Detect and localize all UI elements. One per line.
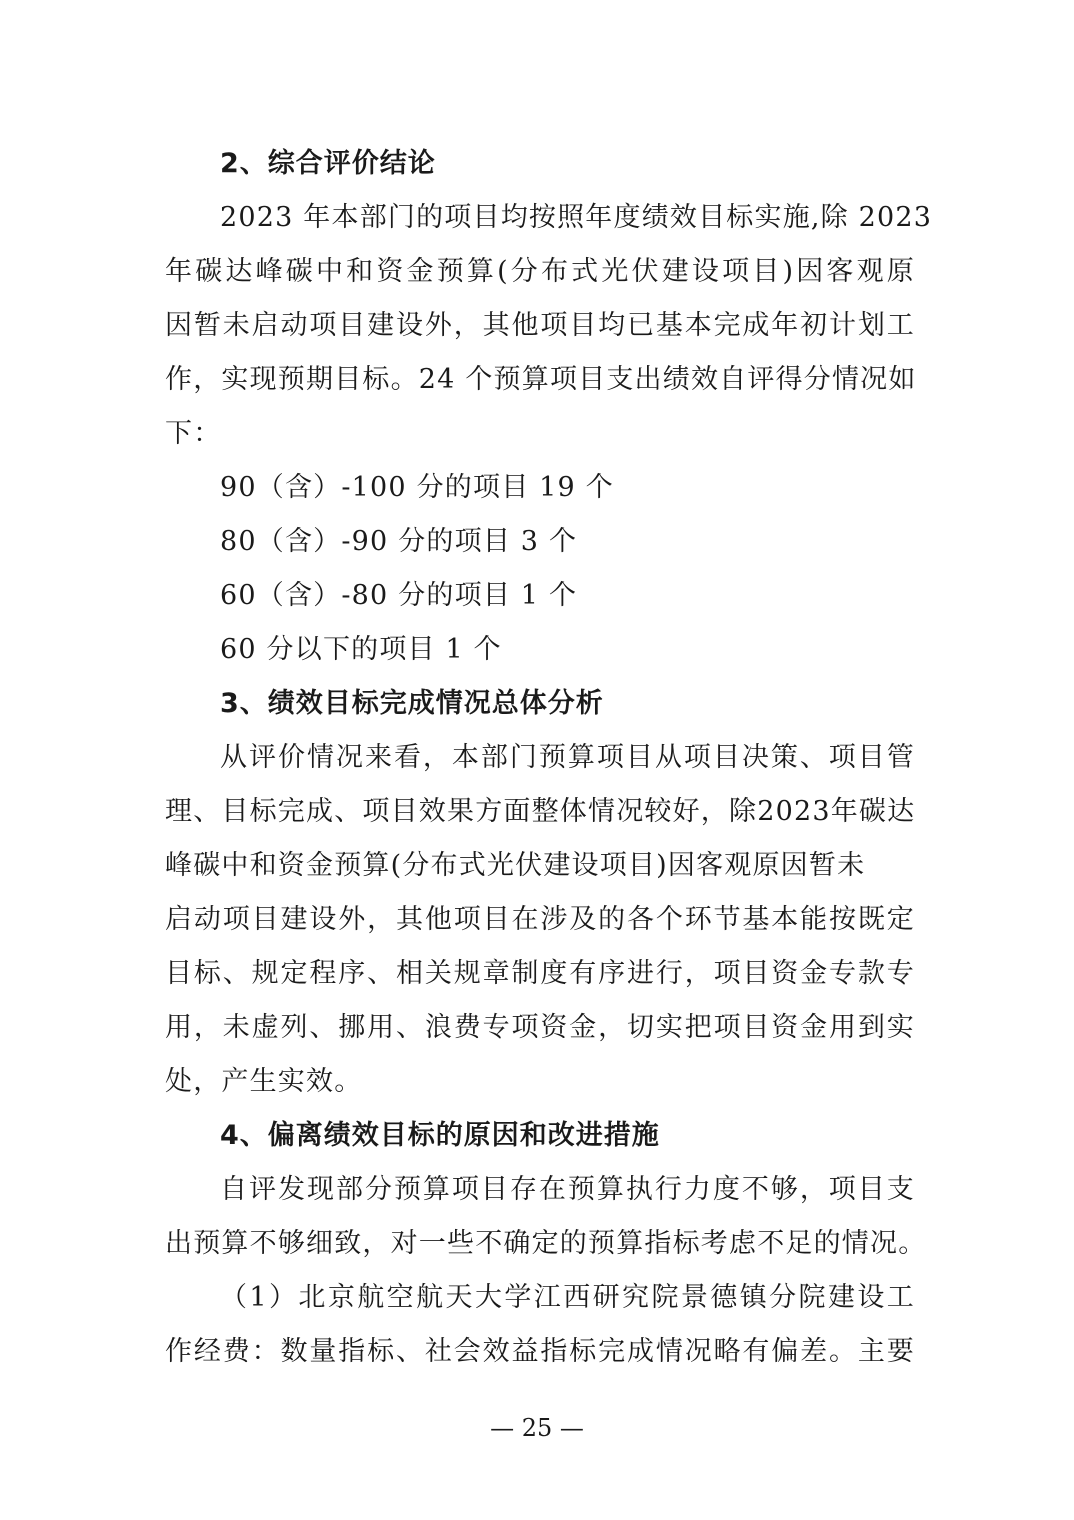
paragraph-line: 目标、规定程序、相关规章制度有序进行，项目资金专款专 bbox=[165, 956, 915, 992]
paragraph-line: 年碳达峰碳中和资金预算(分布式光伏建设项目)因客观原 bbox=[165, 254, 915, 290]
paragraph-line: 用，未虚列、挪用、浪费专项资金，切实把项目资金用到实 bbox=[165, 1010, 915, 1046]
score-distribution-item: 60 分以下的项目 1 个 bbox=[220, 632, 970, 668]
score-distribution-item: 60（含）-80 分的项目 1 个 bbox=[220, 578, 970, 614]
paragraph-line: 启动项目建设外，其他项目在涉及的各个环节基本能按既定 bbox=[165, 902, 915, 938]
paragraph-line: 峰碳中和资金预算(分布式光伏建设项目)因客观原因暂未 bbox=[165, 848, 915, 884]
paragraph-line: 从评价情况来看，本部门预算项目从项目决策、项目管 bbox=[220, 740, 915, 776]
document-page: 2、综合评价结论 2023 年本部门的项目均按照年度绩效目标实施,除 2023 … bbox=[0, 0, 1074, 1520]
paragraph-line: 作，实现预期目标。24 个预算项目支出绩效自评得分情况如 bbox=[165, 362, 915, 398]
paragraph-line: 2023 年本部门的项目均按照年度绩效目标实施,除 2023 bbox=[220, 200, 915, 236]
paragraph-line: 因暂未启动项目建设外，其他项目均已基本完成年初计划工 bbox=[165, 308, 915, 344]
paragraph-line: 处，产生实效。 bbox=[165, 1064, 915, 1100]
section-heading-4: 4、偏离绩效目标的原因和改进措施 bbox=[220, 1118, 970, 1154]
paragraph-line: 出预算不够细致，对一些不确定的预算指标考虑不足的情况。 bbox=[165, 1226, 915, 1262]
paragraph-line: 理、目标完成、项目效果方面整体情况较好，除2023年碳达 bbox=[165, 794, 915, 830]
list-item-1: （1）北京航空航天大学江西研究院景德镇分院建设工 bbox=[220, 1280, 915, 1316]
score-distribution-item: 80（含）-90 分的项目 3 个 bbox=[220, 524, 970, 560]
section-heading-3: 3、绩效目标完成情况总体分析 bbox=[220, 686, 970, 722]
paragraph-line: 自评发现部分预算项目存在预算执行力度不够，项目支 bbox=[220, 1172, 915, 1208]
section-heading-2: 2、综合评价结论 bbox=[220, 146, 970, 182]
paragraph-line: 下： bbox=[165, 416, 915, 452]
list-item-1-continued: 作经费：数量指标、社会效益指标完成情况略有偏差。主要 bbox=[165, 1334, 915, 1370]
score-distribution-item: 90（含）-100 分的项目 19 个 bbox=[220, 470, 970, 506]
page-number: — 25 — bbox=[0, 1412, 1074, 1444]
